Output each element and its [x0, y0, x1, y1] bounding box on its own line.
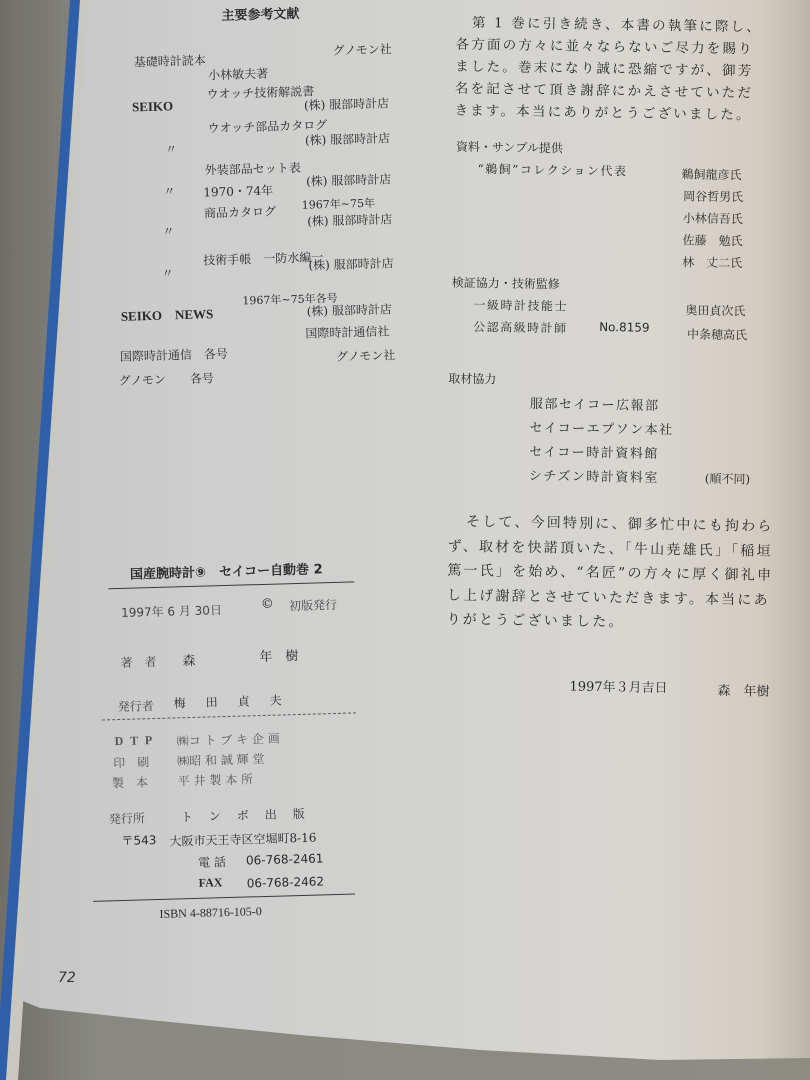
ref-publisher: (株) 服部時計店: [307, 210, 393, 229]
ref-publisher: 国際時計通信社: [305, 322, 389, 341]
ref-ditto: 〃: [165, 140, 177, 157]
publisher-person-label: 発行者: [117, 697, 153, 715]
ref-publisher: (株) 服部時計店: [308, 254, 394, 273]
author-family: 森: [182, 650, 196, 669]
references-title: 主要参考文献: [221, 3, 300, 24]
ref-ditto: 〃: [163, 182, 175, 199]
phone-number: 06-768-2461: [246, 851, 324, 867]
contributor-name: 小林信吾氏: [683, 209, 743, 227]
credit-role: 印 刷: [113, 753, 149, 771]
credit-role: 製 本: [112, 773, 148, 791]
author-label: 著 者: [120, 653, 156, 671]
ref-publisher: (株) 服部時計店: [307, 300, 393, 319]
publication-date: 1997年 6 月 30日: [121, 601, 222, 621]
credit-name: ㈱コ ト ブ キ 企 画: [176, 730, 280, 750]
ref-publisher: グノモン社: [332, 40, 392, 59]
coverage-heading: 取材協力: [448, 370, 496, 388]
publisher-label: 発行所: [109, 809, 145, 827]
coverage-org: セイコーエプソン本社: [529, 417, 673, 438]
ref-sub: 技術手帳 一防水編一: [203, 248, 323, 268]
copyright-mark: ©: [261, 597, 274, 612]
ref-sub: 商品カタログ: [204, 202, 276, 221]
ref-ditto: 〃: [161, 264, 173, 281]
materials-heading: 資料・サンプル提供: [456, 138, 563, 157]
ref-label: SEIKO NEWS: [121, 303, 214, 325]
postal-code: 〒543: [121, 831, 156, 849]
ref-label: グノモン 各号: [118, 369, 214, 389]
verification-name: 奥田貞次氏: [685, 301, 745, 319]
edition: 初版発行: [289, 596, 337, 614]
ref-sub: ウオッチ技術解説書: [206, 82, 314, 102]
ref-publisher: (株) 服部時計店: [306, 170, 392, 189]
ref-publisher: グノモン社: [336, 346, 396, 365]
coverage-org: セイコー時計資料館: [529, 441, 659, 462]
isbn: ISBN 4-88716-105-0: [159, 904, 262, 922]
credit-name: 平 井 製 本 所: [178, 770, 254, 789]
fax-label: FAX: [198, 875, 222, 891]
verification-heading: 検証協力・技術監修: [452, 274, 560, 293]
fax-number: 06-768-2462: [247, 874, 325, 890]
publisher-name: ト ン ボ 出 版: [181, 805, 307, 826]
contributor-name: 岡谷哲男氏: [683, 187, 743, 205]
ref-publisher: (株) 服部時計店: [304, 94, 390, 113]
contributor-name: 林 丈二氏: [682, 253, 742, 271]
coverage-org: 服部セイコー広報部: [530, 393, 660, 414]
contributor-name: 佐藤 勉氏: [682, 231, 742, 249]
materials-org: “鵜飼”コレクション代表: [477, 160, 627, 179]
ref-sub2: 1970・74年: [203, 182, 273, 201]
verification-number: No.8159: [599, 320, 650, 335]
credit-name: ㈱昭 和 誠 輝 堂: [177, 750, 265, 769]
ref-publisher: (株) 服部時計店: [305, 129, 391, 148]
credit-role: D T P: [114, 733, 154, 749]
author-given: 年 樹: [259, 645, 299, 665]
ref-label: 国際時計通信 各号: [120, 345, 228, 365]
coverage-org: シチズン時計資料室: [529, 465, 659, 486]
verification-title: 公認高級時計師: [473, 318, 568, 336]
contributor-name: 鵜飼龍彦氏: [681, 165, 741, 183]
ref-sub: 外装部品セット表: [205, 159, 301, 179]
phone-label: 電 話: [198, 853, 226, 871]
signature-date: 1997年３月吉日: [569, 676, 667, 697]
ref-label: SEIKO: [132, 98, 174, 115]
ref-sub: 小林敏夫著: [208, 65, 268, 84]
closing-paragraph: そして、今回特別に、御多忙中にも拘わらず、取材を快諾頂いた、「牛山尭雄氏」「稲垣…: [446, 510, 778, 638]
intro-paragraph: 第 1 巻に引き続き、本書の執筆に際し、各方面の方々に並々ならないご尽力を賜りま…: [454, 12, 766, 127]
publisher-person: 梅 田 貞 夫: [173, 691, 285, 711]
ref-label: 基礎時計読本: [133, 51, 205, 70]
ref-ditto: 〃: [162, 222, 174, 239]
signature-name: 森 年樹: [717, 680, 769, 700]
verification-title: 一級時計技能士: [473, 296, 568, 314]
coverage-note: (順不同): [705, 470, 751, 488]
page-number: 72: [58, 970, 76, 986]
verification-name: 中条穂高氏: [687, 325, 747, 343]
